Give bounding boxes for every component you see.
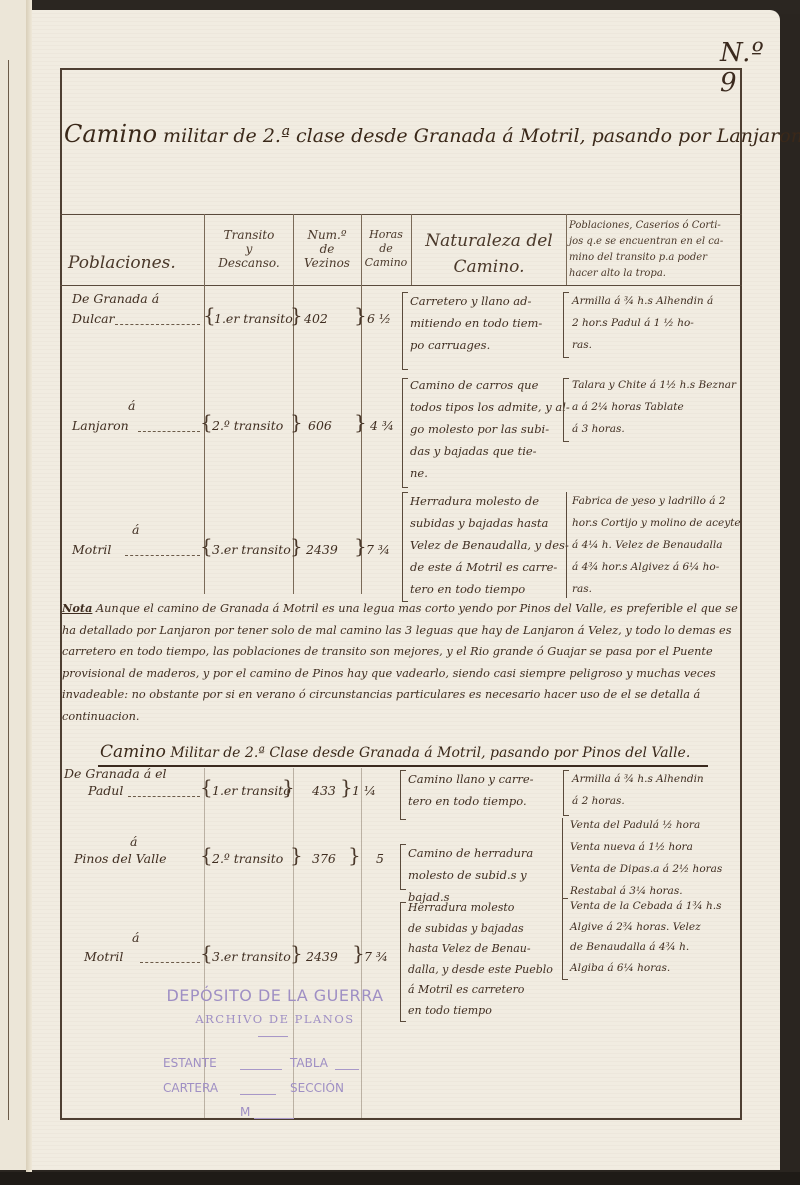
row-cortijos: Fabrica de yeso y ladrillo á 2 hor.s Cor… [572,490,742,600]
brace-open: { [200,534,213,558]
brace-close: } [348,843,361,867]
row-naturaleza: Carretero y llano ad- mitiendo en todo t… [410,290,570,356]
page-title: Camino militar de 2.ª clase desde Granad… [64,120,744,148]
naturaleza-line: Camino de carros que [410,374,570,396]
leader-dots [128,796,200,797]
cortijos-line: Armilla á ¾ h.s Alhendin [572,768,742,790]
row-transito: 3.er transito [212,542,291,557]
header-horas-line: de [362,242,410,256]
bracket [402,492,408,602]
cortijos-line: ras. [572,578,742,600]
brace-close: } [290,941,303,965]
brace-close: } [354,410,367,434]
stamp-cartera-label: CARTERA [163,1081,218,1095]
previous-page-edge [0,0,27,1170]
brace-open: { [200,843,213,867]
header-horas-line: Horas [362,228,410,242]
cortijos-line: 2 hor.s Padul á 1 ½ ho- [572,312,742,334]
title-rest: militar de 2.ª clase desde Granada á Mot… [157,125,800,147]
note-label: Nota [62,601,92,615]
route2-title-underline [98,765,708,767]
header-transito-line: Transito [206,228,292,242]
row-poblacion: Motril [84,949,123,964]
row-naturaleza: Herradura molesto de subidas y bajadas h… [408,898,568,1021]
row-origin: á [130,834,137,849]
stamp-divider [258,1036,288,1037]
cortijos-line: Algiba á 6¼ horas. [570,958,742,979]
cortijos-line: Venta de Dipas.a á 2½ horas [570,858,742,880]
leader-dots [140,962,200,963]
title-lead: Camino [64,120,157,148]
cortijos-line: á 3 horas. [572,418,742,440]
brace-open: { [200,410,213,434]
header-transito-line: y [206,242,292,256]
row-cortijos: Venta de la Cebada á 1¾ h.s Algive á 2¾ … [570,896,742,978]
bracket [402,378,408,488]
route2-title-lead: Camino [100,742,166,762]
brace-close: } [290,410,303,434]
leader-dots [138,431,200,432]
cortijos-line: hor.s Cortijo y molino de aceyte [572,512,742,534]
scan-border-bottom [0,1172,800,1185]
row-horas: 5 [376,851,384,866]
row-horas: 6 ½ [367,311,391,326]
row-cortijos: Armilla á ¾ h.s Alhendin á 2 horas. [572,768,742,812]
header-vecinos-line: Vezinos [294,256,360,270]
row-naturaleza: Camino llano y carre- tero en todo tiemp… [408,768,568,812]
naturaleza-line: subidas y bajadas hasta [410,512,570,534]
row-horas: 1 ¼ [352,783,376,798]
row-cortijos: Talara y Chite á 1½ h.s Beznar a á 2¼ ho… [572,374,742,440]
bracket [400,770,406,820]
previous-page-rule [8,60,9,1120]
stamp-line-2: ARCHIVO DE PLANOS [160,1012,390,1026]
naturaleza-line: tero en todo tiempo [410,578,570,600]
bracket [400,844,406,890]
header-top-rule [60,214,742,215]
leader-dots [115,324,200,325]
row-horas: 7 ¾ [366,542,390,557]
cortijos-line: Fabrica de yeso y ladrillo á 2 [572,490,742,512]
header-bottom-rule [60,285,742,286]
row-poblacion: Padul [88,783,123,798]
cortijos-line: á 4¼ h. Velez de Benaudalla [572,534,742,556]
naturaleza-line: go molesto por las subi- [410,418,570,440]
header-naturaleza-line: Camino. [412,254,566,280]
row-vecinos: 2439 [306,542,338,557]
note-text: Aunque el camino de Granada á Motril es … [62,602,738,723]
naturaleza-line: todos tipos los admite, y al- [410,396,570,418]
cortijos-line: Algive á 2¾ horas. Velez [570,917,742,938]
bracket [400,902,406,1022]
header-horas-line: Camino [362,256,410,270]
naturaleza-line: en todo tiempo [408,1001,568,1022]
route2-title: Camino Militar de 2.ª Clase desde Granad… [100,742,720,762]
header-vecinos: Num.º de Vezinos [294,228,360,270]
brace-open: { [200,775,213,799]
stamp-line-1: DEPÓSITO DE LA GUERRA [160,986,390,1005]
header-cortijos: Poblaciones, Caserios ó Corti- jos q.e s… [569,218,741,282]
stamp-tabla-blank [335,1069,359,1070]
bracket [563,378,569,442]
header-transito: Transito y Descanso. [206,228,292,270]
row-transito: 3.er transito [212,949,291,964]
cortijos-line: de Benaudalla á 4¾ h. [570,937,742,958]
note-paragraph: Nota Aunque el camino de Granada á Motri… [62,598,742,727]
naturaleza-line: das y bajadas que tie- [410,440,570,462]
row-poblacion: Pinos del Valle [74,851,166,866]
row-poblacion: Lanjaron [72,418,129,433]
cortijos-line: ras. [572,334,742,356]
row-vecinos: 402 [304,311,328,326]
stamp-tabla-label: TABLA [290,1056,328,1070]
header-transito-line: Descanso. [206,256,292,270]
header-vecinos-line: Num.º [294,228,360,242]
stamp-seccion-label: SECCIÓN [290,1081,344,1095]
naturaleza-line: mitiendo en todo tiem- [410,312,570,334]
row-transito: 1.er transito [214,311,293,326]
cortijos-line: á 2 horas. [572,790,742,812]
row-cortijos: Venta del Padulá ½ hora Venta nueva á 1½… [570,814,742,902]
brace-close: } [354,534,367,558]
naturaleza-line: ne. [410,462,570,484]
cortijos-divider [566,492,567,598]
brace-close: } [354,303,367,327]
header-naturaleza-line: Naturaleza del [412,228,566,254]
bracket [563,292,569,358]
bracket [562,898,568,980]
row-origin: á [132,930,139,945]
naturaleza-line: tero en todo tiempo. [408,790,568,812]
brace-close: } [282,775,295,799]
naturaleza-line: de este á Motril es carre- [410,556,570,578]
row-transito: 2.º transito [212,851,283,866]
brace-close: } [290,303,303,327]
naturaleza-line: Camino llano y carre- [408,768,568,790]
header-poblaciones: Poblaciones. [68,256,198,270]
row-horas: 7 ¾ [364,949,388,964]
header-cortijos-line: hacer alto la tropa. [569,266,741,282]
header-vecinos-line: de [294,242,360,256]
naturaleza-line: hasta Velez de Benau- [408,939,568,960]
naturaleza-line: á Motril es carretero [408,980,568,1001]
row-horas: 4 ¾ [370,418,394,433]
cortijos-divider [562,818,563,900]
naturaleza-line: dalla, y desde este Pueblo [408,960,568,981]
row-transito: 2.º transito [212,418,283,433]
row-origin: De Granada á [72,291,159,306]
naturaleza-line: Camino de herradura [408,842,568,864]
brace-close: } [290,843,303,867]
naturaleza-line: de subidas y bajadas [408,919,568,940]
cortijos-line: Venta de la Cebada á 1¾ h.s [570,896,742,917]
header-horas: Horas de Camino [362,228,410,270]
header-cortijos-line: Poblaciones, Caserios ó Corti- [569,218,741,234]
brace-close: } [352,941,365,965]
header-naturaleza: Naturaleza del Camino. [412,228,566,280]
row-poblacion: Motril [72,542,111,557]
cortijos-line: Venta del Padulá ½ hora [570,814,742,836]
row-vecinos: 606 [308,418,332,433]
leader-dots [125,555,200,556]
header-cortijos-line: mino del transito p.a poder [569,250,741,266]
stamp-m-blank [254,1118,294,1119]
row-naturaleza: Camino de carros que todos tipos los adm… [410,374,570,484]
cortijos-line: á 4¾ hor.s Algivez á 6¼ ho- [572,556,742,578]
header-cortijos-line: jos q.e se encuentran en el ca- [569,234,741,250]
cortijos-line: Armilla á ¾ h.s Alhendin á [572,290,742,312]
row-origin: á [132,522,139,537]
bracket [563,770,569,816]
row-vecinos: 376 [312,851,336,866]
row-poblacion: Dulcar [72,311,115,326]
naturaleza-line: Carretero y llano ad- [410,290,570,312]
naturaleza-line: Herradura molesto [408,898,568,919]
route2-title-rest: Militar de 2.ª Clase desde Granada á Mot… [166,745,690,761]
stamp-m-label: M [240,1105,250,1119]
brace-close: } [340,775,353,799]
naturaleza-line: Herradura molesto de [410,490,570,512]
brace-open: { [200,941,213,965]
row-vecinos: 2439 [306,949,338,964]
row-transito: 1.er transito [212,783,291,798]
cortijos-line: a á 2¼ horas Tablate [572,396,742,418]
stamp-estante-blank [240,1069,282,1070]
naturaleza-line: Velez de Benaudalla, y des- [410,534,570,556]
row-origin: á [128,398,135,413]
cortijos-line: Venta nueva á 1½ hora [570,836,742,858]
row-cortijos: Armilla á ¾ h.s Alhendin á 2 hor.s Padul… [572,290,742,356]
stamp-estante-label: ESTANTE [163,1056,217,1070]
naturaleza-line: po carruages. [410,334,570,356]
brace-close: } [290,534,303,558]
stamp-cartera-blank [240,1094,276,1095]
cortijos-line: Talara y Chite á 1½ h.s Beznar [572,374,742,396]
row-naturaleza: Herradura molesto de subidas y bajadas h… [410,490,570,600]
row-vecinos: 433 [312,783,336,798]
bracket [402,292,408,370]
row-origin: De Granada á el [64,766,167,781]
col-divider-5 [566,214,567,285]
